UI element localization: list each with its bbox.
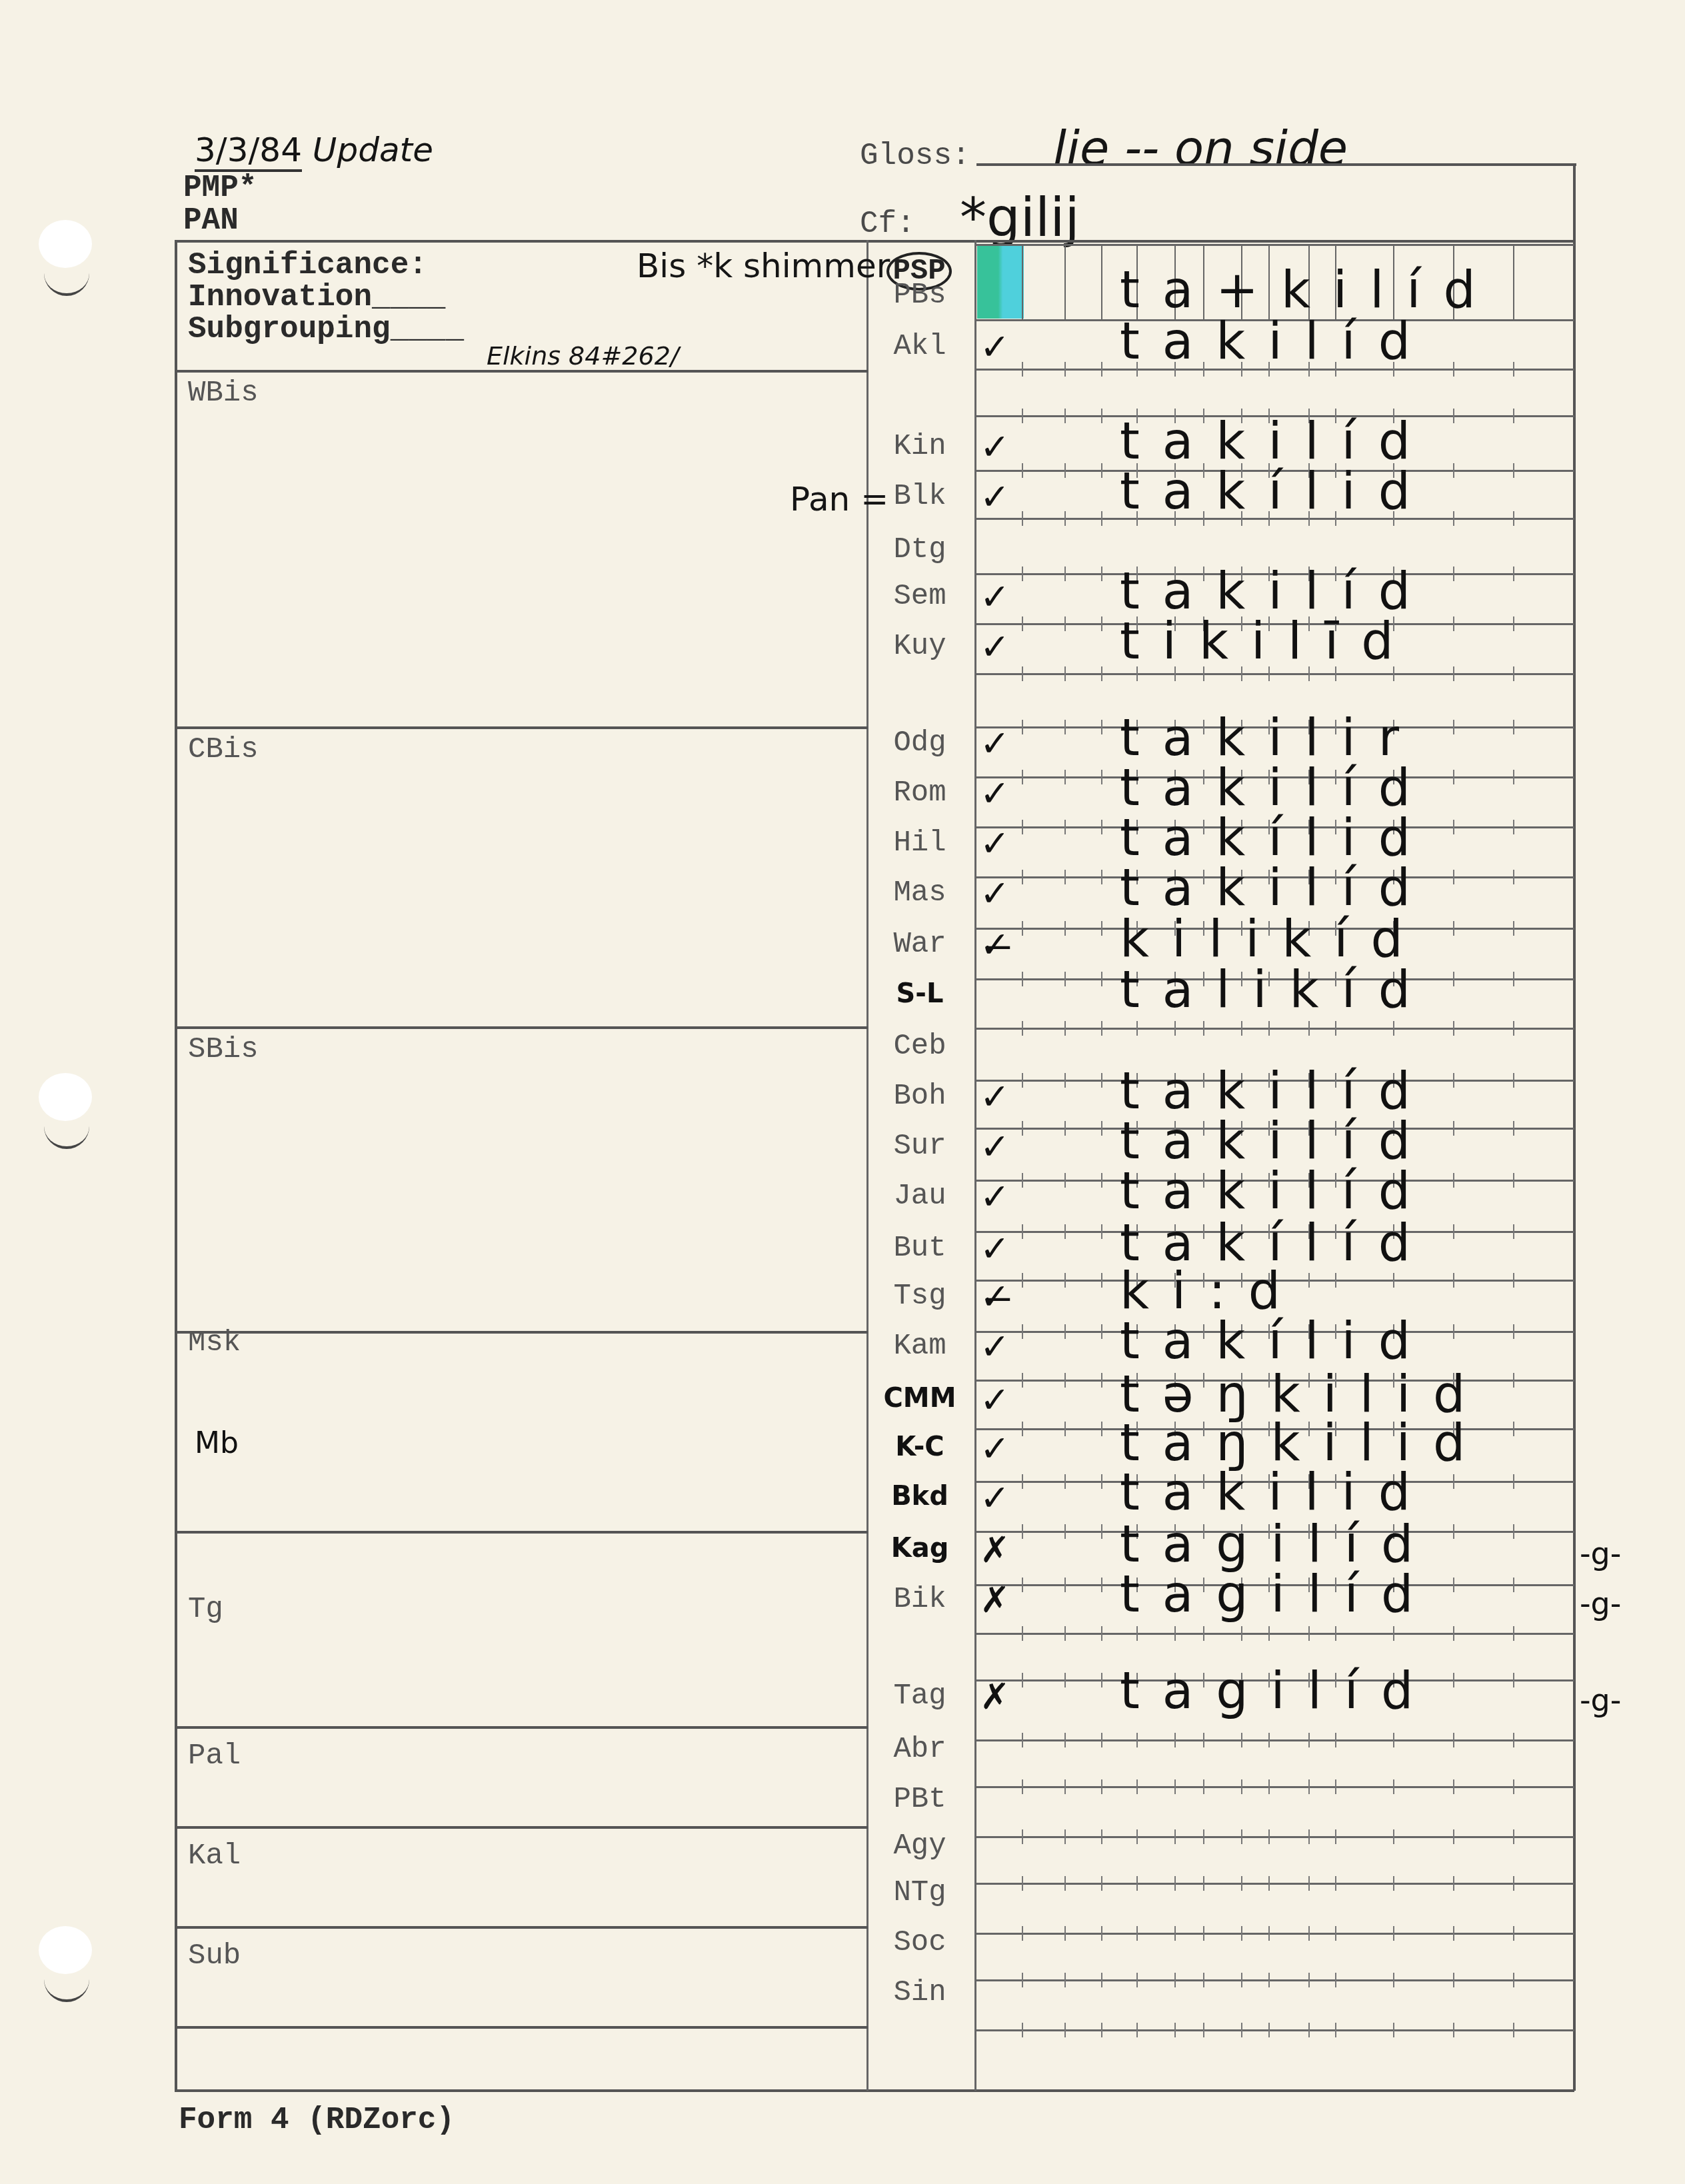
check-icon: ✓ — [980, 772, 1010, 814]
grid-tick — [1241, 2023, 1242, 2037]
language-label: Abr — [873, 1733, 966, 1766]
grid-tick — [1513, 409, 1514, 423]
section-divider — [175, 1926, 868, 1929]
grid-tick — [1453, 820, 1454, 834]
grid-tick — [1064, 2023, 1066, 2037]
grid-tick — [1513, 921, 1514, 936]
reflex-form: talikíd — [1120, 960, 1433, 1019]
section-divider — [175, 1726, 868, 1729]
grid-tick — [1101, 820, 1102, 834]
language-label: Rom — [873, 776, 966, 810]
reflex-form: takilíd — [1120, 311, 1433, 371]
grid-tick — [1335, 1926, 1336, 1941]
language-label: Bkd — [873, 1481, 966, 1512]
grid-tick — [1453, 1876, 1454, 1891]
punch-hole-shadow — [44, 267, 89, 296]
grid-tick — [1453, 1474, 1454, 1489]
grid-tick — [1022, 1626, 1023, 1641]
grid-tick — [1064, 1779, 1066, 1794]
grid-tick — [1308, 1733, 1310, 1747]
grid-tick — [1101, 870, 1102, 884]
check-icon: ✓ — [980, 1076, 1010, 1118]
grid-tick — [1268, 1973, 1270, 1987]
punch-hole-middle — [39, 1073, 92, 1121]
grid-tick — [1308, 2023, 1310, 2037]
section-label: CBis — [188, 733, 259, 766]
grid-tick — [1241, 1733, 1242, 1747]
language-label: Sem — [873, 580, 966, 613]
grid-tick — [1453, 1021, 1454, 1036]
grid-tick — [1022, 1733, 1023, 1747]
grid-tick — [1022, 870, 1023, 884]
grid-tick — [1101, 566, 1102, 581]
grid-tick — [1203, 2023, 1204, 2037]
grid-tick — [1064, 362, 1066, 377]
grid-tick — [1513, 2023, 1514, 2037]
grid-tick — [1022, 1224, 1023, 1239]
grid-tick — [1308, 1973, 1310, 1987]
grid-tick — [1022, 511, 1023, 526]
grid-tick — [1513, 1173, 1514, 1188]
grid-tick — [1308, 1626, 1310, 1641]
language-label: Sur — [873, 1130, 966, 1163]
grid-tick — [1064, 1173, 1066, 1188]
grid-tick — [1174, 1926, 1176, 1941]
grid-tick — [1136, 1876, 1138, 1891]
grid-tick — [1022, 1926, 1023, 1941]
grid-tick — [1064, 1626, 1066, 1641]
grid-tick — [1064, 1422, 1066, 1436]
grid-tick — [1022, 1474, 1023, 1489]
grid-tick — [1453, 1926, 1454, 1941]
grid-tick — [1453, 1829, 1454, 1844]
grid-tick — [1064, 566, 1066, 581]
grid-tick — [1453, 1324, 1454, 1339]
grid-tick — [1174, 1973, 1176, 1987]
grid-tick — [1241, 1973, 1242, 1987]
grid-tick — [1308, 1876, 1310, 1891]
grid-column-line — [1064, 244, 1066, 319]
grid-tick — [1022, 2023, 1023, 2037]
language-label: Blk — [873, 480, 966, 513]
grid-tick — [1513, 1876, 1514, 1891]
grid-tick — [1335, 1779, 1336, 1794]
check-icon: ✓ — [980, 1477, 1010, 1519]
section-label: Kal — [188, 1839, 241, 1873]
innovation-label: Innovation____ — [188, 280, 445, 315]
grid-tick — [1101, 1121, 1102, 1136]
grid-tick — [1513, 770, 1514, 784]
pan-label: PAN — [183, 203, 239, 238]
grid-tick — [1101, 2023, 1102, 2037]
reference-note: Elkins 84#262/ — [487, 341, 679, 371]
significance-bottom — [175, 370, 868, 373]
grid-tick — [1513, 1829, 1514, 1844]
grid-tick — [1513, 616, 1514, 631]
grid-tick — [1453, 972, 1454, 986]
language-label: Boh — [873, 1080, 966, 1113]
section-divider — [175, 1531, 868, 1534]
frame-right — [1573, 163, 1576, 2091]
grid-tick — [1101, 1733, 1102, 1747]
punch-hole-top — [39, 220, 92, 268]
grid-tick — [1513, 1733, 1514, 1747]
grid-tick — [1136, 1733, 1138, 1747]
grid-tick — [1513, 870, 1514, 884]
language-label: K-C — [873, 1432, 966, 1462]
grid-tick — [1022, 566, 1023, 581]
grid-tick — [1513, 1524, 1514, 1539]
grid-tick — [1268, 1021, 1270, 1036]
grid-tick — [1513, 666, 1514, 681]
grid-tick — [1453, 1626, 1454, 1641]
date-field: 3/3/84 Update — [195, 131, 433, 169]
reflex-note: -g- — [1580, 1536, 1621, 1572]
grid-tick — [1241, 1021, 1242, 1036]
grid-tick — [1453, 409, 1454, 423]
grid-tick — [1241, 1829, 1242, 1844]
grid-tick — [1022, 1524, 1023, 1539]
reflex-form: takilid — [1120, 1462, 1433, 1522]
grid-tick — [1064, 1021, 1066, 1036]
language-label: Bik — [873, 1583, 966, 1616]
check-icon: ✓ — [980, 1428, 1010, 1470]
grid-tick — [1064, 1524, 1066, 1539]
section-label: Sub — [188, 1939, 241, 1973]
check-icon: ✓ — [980, 722, 1010, 764]
punch-hole-shadow — [44, 1973, 89, 2002]
check-icon: ✓̶ — [980, 1276, 1010, 1318]
grid-tick — [1022, 820, 1023, 834]
check-icon: ✓ — [980, 1326, 1010, 1368]
check-icon: ✓ — [980, 576, 1010, 618]
grid-tick — [1101, 1524, 1102, 1539]
grid-tick — [1335, 1273, 1336, 1288]
language-label: But — [873, 1232, 966, 1265]
frame-left — [175, 240, 177, 2091]
grid-tick — [1022, 1779, 1023, 1794]
language-label: Kin — [873, 430, 966, 463]
grid-tick — [1308, 1926, 1310, 1941]
grid-tick — [1308, 1779, 1310, 1794]
grid-tick — [1241, 1926, 1242, 1941]
section-divider — [175, 1331, 868, 1334]
grid-column-line — [1022, 244, 1023, 319]
grid-tick — [1174, 1733, 1176, 1747]
grid-tick — [1453, 1673, 1454, 1687]
language-label: Tsg — [873, 1280, 966, 1313]
grid-tick — [1022, 616, 1023, 631]
grid-tick — [1101, 463, 1102, 478]
grid-tick — [1022, 1324, 1023, 1339]
language-label: S-L — [873, 978, 966, 1009]
grid-tick — [1136, 1926, 1138, 1941]
check-icon: ✓ — [980, 476, 1010, 518]
grid-tick — [1064, 409, 1066, 423]
grid-tick — [1101, 1273, 1102, 1288]
grid-tick — [1101, 720, 1102, 734]
grid-tick — [1136, 1626, 1138, 1641]
grid-tick — [1022, 972, 1023, 986]
pmp-label: PMP* — [183, 171, 257, 205]
grid-tick — [1174, 1626, 1176, 1641]
grid-tick — [1335, 1973, 1336, 1987]
grid-tick — [1101, 1173, 1102, 1188]
grid-tick — [1453, 1779, 1454, 1794]
language-label: Akl — [873, 330, 966, 363]
grid-tick — [1136, 1779, 1138, 1794]
grid-tick — [1308, 1021, 1310, 1036]
check-icon: ✓ — [980, 872, 1010, 914]
grid-tick — [1203, 1733, 1204, 1747]
punch-hole-shadow — [44, 1120, 89, 1149]
grid-tick — [1101, 616, 1102, 631]
grid-tick — [1453, 2023, 1454, 2037]
grid-tick — [1203, 1926, 1204, 1941]
grid-tick — [1022, 1073, 1023, 1088]
section-label: Mb — [195, 1426, 239, 1460]
grid-tick — [1064, 616, 1066, 631]
section-label: Pal — [188, 1739, 241, 1773]
grid-tick — [1453, 1733, 1454, 1747]
cross-check-icon: ✗ — [980, 1675, 1010, 1717]
grid-tick — [1064, 972, 1066, 986]
language-label: Ceb — [873, 1030, 966, 1063]
grid-tick — [1453, 770, 1454, 784]
grid-tick — [1174, 2023, 1176, 2037]
grid-tick — [1453, 921, 1454, 936]
grid-tick — [1335, 1021, 1336, 1036]
language-label: PBs — [873, 279, 966, 312]
grid-tick — [1101, 1673, 1102, 1687]
grid-tick — [1022, 666, 1023, 681]
grid-tick — [1064, 666, 1066, 681]
language-label: Tag — [873, 1679, 966, 1713]
grid-tick — [1393, 1973, 1394, 1987]
grid-tick — [1513, 820, 1514, 834]
grid-tick — [1268, 1829, 1270, 1844]
grid-tick — [1101, 666, 1102, 681]
grid-tick — [1203, 1021, 1204, 1036]
grid-tick — [1513, 1926, 1514, 1941]
grid-tick — [1513, 1121, 1514, 1136]
grid-tick — [1022, 770, 1023, 784]
grid-tick — [1453, 616, 1454, 631]
grid-tick — [1064, 1273, 1066, 1288]
grid-tick — [1064, 1373, 1066, 1388]
grid-tick — [1101, 1324, 1102, 1339]
section-divider — [175, 1026, 868, 1029]
gloss-value: lie -- on side — [1053, 120, 1348, 176]
grid-tick — [1513, 1626, 1514, 1641]
reflex-note: -g- — [1580, 1682, 1621, 1718]
grid-tick — [1453, 1073, 1454, 1088]
date-note: Update — [313, 131, 433, 169]
form-label: Form 4 (RDZorc) — [179, 2103, 455, 2137]
significance-note: Bis *k shimmer — [637, 247, 890, 285]
grid-tick — [1513, 566, 1514, 581]
grid-tick — [1453, 362, 1454, 377]
grid-tick — [1136, 1973, 1138, 1987]
check-icon: ✓ — [980, 426, 1010, 468]
grid-tick — [1513, 1779, 1514, 1794]
language-label: Sin — [873, 1976, 966, 2009]
reflex-form: takilíd — [1120, 858, 1433, 917]
grid-tick — [1513, 972, 1514, 986]
language-label: Dtg — [873, 533, 966, 566]
grid-tick — [1022, 921, 1023, 936]
grid-tick — [1241, 1876, 1242, 1891]
grid-tick — [1022, 1121, 1023, 1136]
reflex-form: tikilīd — [1120, 611, 1416, 670]
grid-tick — [1022, 409, 1023, 423]
grid-tick — [1136, 1021, 1138, 1036]
grid-tick — [1393, 1829, 1394, 1844]
section-divider — [175, 1826, 868, 1829]
grid-tick — [1513, 1224, 1514, 1239]
section-label: Msk — [188, 1326, 241, 1360]
grid-tick — [1393, 1626, 1394, 1641]
grid-tick — [1064, 511, 1066, 526]
grid-tick — [1453, 1273, 1454, 1288]
section-divider — [175, 2026, 868, 2029]
grid-tick — [1101, 1876, 1102, 1891]
grid-tick — [1101, 770, 1102, 784]
grid-tick — [1064, 720, 1066, 734]
grid-tick — [1453, 463, 1454, 478]
grid-tick — [1022, 463, 1023, 478]
date-value: 3/3/84 — [195, 131, 302, 172]
grid-tick — [1513, 1578, 1514, 1592]
grid-tick — [1453, 566, 1454, 581]
language-label: Kuy — [873, 630, 966, 663]
grid-tick — [1101, 1373, 1102, 1388]
language-label: Mas — [873, 876, 966, 910]
reflex-form: ta+kilíd — [1120, 260, 1498, 319]
gloss-underline — [976, 163, 1576, 166]
grid-tick — [1101, 1422, 1102, 1436]
grid-tick — [1335, 2023, 1336, 2037]
grid-tick — [1022, 1021, 1023, 1036]
grid-tick — [1453, 511, 1454, 526]
grid-tick — [1064, 770, 1066, 784]
grid-tick — [1308, 1273, 1310, 1288]
section-divider — [175, 726, 868, 729]
section-label: WBis — [188, 377, 259, 410]
grid-tick — [1174, 1021, 1176, 1036]
grid-tick — [1513, 511, 1514, 526]
grid-tick — [1241, 1626, 1242, 1641]
subgrouping-label: Subgrouping____ — [188, 312, 464, 347]
grid-tick — [1022, 1578, 1023, 1592]
grid-column-line — [1101, 244, 1102, 319]
language-label: Jau — [873, 1180, 966, 1213]
grid-tick — [1064, 463, 1066, 478]
grid-tick — [1453, 1973, 1454, 1987]
language-label: Kam — [873, 1330, 966, 1363]
grid-tick — [1064, 870, 1066, 884]
grid-tick — [1064, 1973, 1066, 1987]
reflex-form: tagilíd — [1120, 1661, 1436, 1720]
grid-tick — [1174, 1779, 1176, 1794]
grid-tick — [1268, 1626, 1270, 1641]
cross-check-icon: ✗ — [980, 1529, 1010, 1571]
grid-tick — [1064, 820, 1066, 834]
significance-label: Significance: — [188, 248, 427, 283]
gloss-label: Gloss: — [860, 139, 970, 173]
check-icon: ✓ — [980, 626, 1010, 668]
grid-row-line — [974, 244, 1574, 246]
grid-tick — [1335, 1876, 1336, 1891]
grid-tick — [1203, 1626, 1204, 1641]
language-label: NTg — [873, 1876, 966, 1909]
grid-tick — [1513, 362, 1514, 377]
grid-tick — [1064, 1578, 1066, 1592]
check-icon: ✓ — [980, 1126, 1010, 1168]
check-icon: ✓ — [980, 326, 1010, 368]
grid-tick — [1022, 1422, 1023, 1436]
grid-tick — [1453, 1121, 1454, 1136]
grid-tick — [1101, 1474, 1102, 1489]
grid-tick — [1022, 1876, 1023, 1891]
grid-tick — [1101, 1578, 1102, 1592]
grid-tick — [1101, 1926, 1102, 1941]
grid-tick — [1064, 1829, 1066, 1844]
grid-tick — [1022, 1173, 1023, 1188]
grid-tick — [1393, 1733, 1394, 1747]
language-label: CMM — [873, 1383, 966, 1414]
grid-tick — [1022, 1673, 1023, 1687]
grid-tick — [1453, 720, 1454, 734]
grid-tick — [1393, 1926, 1394, 1941]
grid-tick — [1513, 1673, 1514, 1687]
grid-tick — [1101, 1224, 1102, 1239]
grid-tick — [1453, 1524, 1454, 1539]
check-icon: ✓ — [980, 1379, 1010, 1421]
language-label: Hil — [873, 826, 966, 860]
grid-tick — [1136, 1829, 1138, 1844]
grid-tick — [1308, 1829, 1310, 1844]
language-label: War — [873, 928, 966, 961]
grid-tick — [1513, 1973, 1514, 1987]
grid-tick — [1203, 1779, 1204, 1794]
grid-tick — [1453, 1224, 1454, 1239]
check-icon: ✓ — [980, 1228, 1010, 1270]
grid-tick — [1453, 1578, 1454, 1592]
language-label: PBt — [873, 1783, 966, 1816]
grid-tick — [1393, 2023, 1394, 2037]
grid-tick — [1513, 1073, 1514, 1088]
grid-tick — [1064, 1224, 1066, 1239]
grid-tick — [1022, 720, 1023, 734]
grid-tick — [1064, 1073, 1066, 1088]
grid-tick — [1101, 921, 1102, 936]
grid-tick — [1268, 1926, 1270, 1941]
grid-tick — [1101, 1829, 1102, 1844]
grid-tick — [1101, 1073, 1102, 1088]
grid-tick — [1101, 1779, 1102, 1794]
grid-tick — [1064, 1324, 1066, 1339]
grid-tick — [1022, 1829, 1023, 1844]
section-label: Tg — [188, 1593, 223, 1626]
grid-tick — [1064, 1876, 1066, 1891]
grid-tick — [1268, 2023, 1270, 2037]
check-icon: ✓ — [980, 1176, 1010, 1218]
grid-tick — [1022, 1973, 1023, 1987]
highlight-mark — [977, 245, 1024, 319]
cross-check-icon: ✗ — [980, 1579, 1010, 1621]
grid-tick — [1335, 1733, 1336, 1747]
